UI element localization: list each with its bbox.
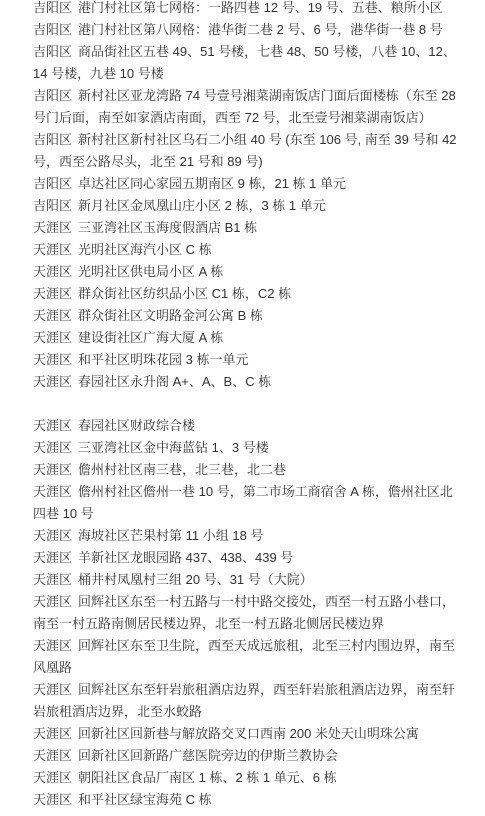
risk-area-entry: 天涯区回辉社区东至轩岩旅租酒店边界，西至轩岩旅租酒店边界，南至轩岩旅租酒店边界，…: [33, 679, 457, 723]
location-text: 羊新社区龙眼园路 437、438、439 号: [78, 550, 293, 565]
district-label: 天涯区: [33, 594, 72, 609]
risk-area-entry: 天涯区回辉社区东至一村五路与一村中路交接处，西至一村五路小巷口，南至一村五路南侧…: [33, 591, 457, 635]
paragraph: 天涯区春园社区财政综合楼天涯区三亚湾社区金中海蓝钻 1、3 号楼天涯区儋州村社区…: [33, 415, 457, 811]
district-label: 吉阳区: [33, 88, 72, 103]
risk-area-entry: 天涯区羊新社区龙眼园路 437、438、439 号: [33, 547, 457, 569]
risk-area-entry: 天涯区海坡社区芒果村第 11 小组 18 号: [33, 525, 457, 547]
district-label: 天涯区: [33, 528, 72, 543]
risk-area-entry: 吉阳区新村社区新村社区乌石二小组 40 号 (东至 106 号, 南至 39 号…: [33, 129, 457, 173]
district-label: 天涯区: [33, 462, 72, 477]
risk-area-entry: 吉阳区商品街社区五巷 49、51 号楼，七巷 48、50 号楼，八巷 10、12…: [33, 41, 457, 85]
district-label: 天涯区: [33, 352, 72, 367]
location-text: 回辉社区东至轩岩旅租酒店边界，西至轩岩旅租酒店边界，南至轩岩旅租酒店边界，北至水…: [33, 682, 455, 719]
district-label: 天涯区: [33, 374, 72, 389]
risk-area-entry: 天涯区群众街社区纺织品小区 C1 栋，C2 栋: [33, 283, 457, 305]
district-label: 天涯区: [33, 418, 72, 433]
location-text: 新村社区亚龙湾路 74 号壹号湘菜湖南饭店门面后面楼栋（东至 28 号门后面，南…: [33, 88, 456, 125]
location-text: 建设街社区广海大厦 A 栋: [78, 330, 223, 345]
district-label: 天涯区: [33, 286, 72, 301]
location-text: 卓达社区同心家园五期南区 9 栋，21 栋 1 单元: [78, 176, 346, 191]
district-label: 天涯区: [33, 748, 72, 763]
location-text: 光明社区海汽小区 C 栋: [78, 242, 212, 257]
risk-area-document: 吉阳区港门村社区第七网格：一路四巷 12 号、19 号、五巷、粮所小区吉阳区港门…: [0, 0, 485, 811]
district-label: 天涯区: [33, 550, 72, 565]
location-text: 群众街社区纺织品小区 C1 栋，C2 栋: [78, 286, 291, 301]
location-text: 春园社区永升阁 A+、A、B、C 栋: [78, 374, 271, 389]
location-text: 回辉社区东至卫生院，西至天成远旅租，北至三村内围边界，南至风凰路: [33, 638, 455, 675]
risk-area-entry: 吉阳区新月社区金凤凰山庄小区 2 栋，3 栋 1 单元: [33, 195, 457, 217]
risk-area-entry: 天涯区和平社区绿宝海苑 C 栋: [33, 789, 457, 811]
district-label: 天涯区: [33, 638, 72, 653]
location-text: 三亚湾社区玉海度假酒店 B1 栋: [78, 220, 257, 235]
location-text: 新月社区金凤凰山庄小区 2 栋，3 栋 1 单元: [78, 198, 326, 213]
location-text: 港门村社区第八网格：港华街二巷 2 号、6 号，港华街一巷 8 号: [78, 22, 443, 37]
location-text: 回新社区回新路广慈医院旁边的伊斯兰教协会: [78, 748, 338, 763]
location-text: 朝阳社区食品厂南区 1 栋、2 栋 1 单元、6 栋: [78, 770, 337, 785]
location-text: 春园社区财政综合楼: [78, 418, 195, 433]
district-label: 吉阳区: [33, 176, 72, 191]
location-text: 回辉社区东至一村五路与一村中路交接处，西至一村五路小巷口，南至一村五路南侧居民楼…: [33, 594, 455, 631]
risk-area-entry: 天涯区回新社区回新路广慈医院旁边的伊斯兰教协会: [33, 745, 457, 767]
risk-area-entry: 天涯区和平社区明珠花园 3 栋一单元: [33, 349, 457, 371]
risk-area-entry: 吉阳区港门村社区第七网格：一路四巷 12 号、19 号、五巷、粮所小区: [33, 0, 457, 19]
district-label: 吉阳区: [33, 44, 72, 59]
paragraph: 吉阳区港门村社区第七网格：一路四巷 12 号、19 号、五巷、粮所小区吉阳区港门…: [33, 0, 457, 393]
district-label: 天涯区: [33, 682, 72, 697]
location-text: 群众街社区文明路金河公寓 B 栋: [78, 308, 263, 323]
risk-area-entry: 天涯区群众街社区文明路金河公寓 B 栋: [33, 305, 457, 327]
location-text: 港门村社区第七网格：一路四巷 12 号、19 号、五巷、粮所小区: [78, 0, 443, 15]
district-label: 天涯区: [33, 440, 72, 455]
risk-area-entry: 天涯区桶井村凤凰村三组 20 号、31 号（大院）: [33, 569, 457, 591]
district-label: 天涯区: [33, 242, 72, 257]
risk-area-entry: 吉阳区港门村社区第八网格：港华街二巷 2 号、6 号，港华街一巷 8 号: [33, 19, 457, 41]
risk-area-entry: 天涯区三亚湾社区玉海度假酒店 B1 栋: [33, 217, 457, 239]
risk-area-entry: 天涯区儋州村社区儋州一巷 10 号，第二市场工商宿舍 A 栋，儋州社区北四巷 1…: [33, 481, 457, 525]
district-label: 天涯区: [33, 264, 72, 279]
location-text: 桶井村凤凰村三组 20 号、31 号（大院）: [78, 572, 313, 587]
risk-area-entry: 天涯区朝阳社区食品厂南区 1 栋、2 栋 1 单元、6 栋: [33, 767, 457, 789]
district-label: 天涯区: [33, 330, 72, 345]
location-text: 三亚湾社区金中海蓝钻 1、3 号楼: [78, 440, 269, 455]
district-label: 吉阳区: [33, 22, 72, 37]
risk-area-entry: 天涯区建设街社区广海大厦 A 栋: [33, 327, 457, 349]
risk-area-entry: 天涯区春园社区永升阁 A+、A、B、C 栋: [33, 371, 457, 393]
location-text: 新村社区新村社区乌石二小组 40 号 (东至 106 号, 南至 39 号和 4…: [33, 132, 457, 169]
location-text: 光明社区供电局小区 A 栋: [78, 264, 223, 279]
district-label: 天涯区: [33, 792, 72, 807]
district-label: 天涯区: [33, 572, 72, 587]
location-text: 回新社区回新巷与解放路交叉口西南 200 米处天山明珠公寓: [78, 726, 419, 741]
risk-area-entry: 天涯区回新社区回新巷与解放路交叉口西南 200 米处天山明珠公寓: [33, 723, 457, 745]
risk-area-entry: 天涯区光明社区供电局小区 A 栋: [33, 261, 457, 283]
risk-area-entry: 天涯区儋州村社区南三巷，北三巷，北二巷: [33, 459, 457, 481]
risk-area-entry: 天涯区回辉社区东至卫生院，西至天成远旅租，北至三村内围边界，南至风凰路: [33, 635, 457, 679]
location-text: 和平社区绿宝海苑 C 栋: [78, 792, 212, 807]
risk-area-entry: 吉阳区卓达社区同心家园五期南区 9 栋，21 栋 1 单元: [33, 173, 457, 195]
location-text: 儋州村社区儋州一巷 10 号，第二市场工商宿舍 A 栋，儋州社区北四巷 10 号: [33, 484, 453, 521]
district-label: 吉阳区: [33, 198, 72, 213]
risk-area-entry: 天涯区三亚湾社区金中海蓝钻 1、3 号楼: [33, 437, 457, 459]
location-text: 儋州村社区南三巷，北三巷，北二巷: [78, 462, 286, 477]
risk-area-entry: 天涯区春园社区财政综合楼: [33, 415, 457, 437]
risk-area-entry: 吉阳区新村社区亚龙湾路 74 号壹号湘菜湖南饭店门面后面楼栋（东至 28 号门后…: [33, 85, 457, 129]
district-label: 天涯区: [33, 484, 72, 499]
district-label: 吉阳区: [33, 132, 72, 147]
district-label: 吉阳区: [33, 0, 72, 15]
district-label: 天涯区: [33, 770, 72, 785]
district-label: 天涯区: [33, 726, 72, 741]
location-text: 海坡社区芒果村第 11 小组 18 号: [78, 528, 263, 543]
screenshot-root: { "style": { "background_color": "#fffff…: [0, 0, 485, 816]
risk-area-entry: 天涯区光明社区海汽小区 C 栋: [33, 239, 457, 261]
district-label: 天涯区: [33, 308, 72, 323]
location-text: 商品街社区五巷 49、51 号楼，七巷 48、50 号楼，八巷 10、12、14…: [33, 44, 456, 81]
district-label: 天涯区: [33, 220, 72, 235]
location-text: 和平社区明珠花园 3 栋一单元: [78, 352, 248, 367]
